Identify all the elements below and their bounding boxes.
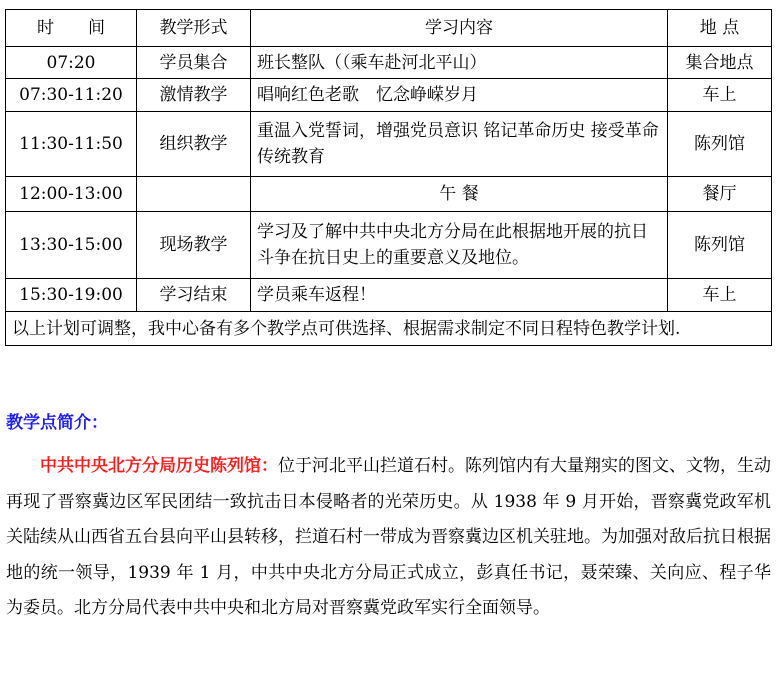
intro-body: 位于河北平山拦道石村。陈列馆内有大量翔实的图文、文物，生动再现了晋察冀边区军民团…: [6, 456, 771, 618]
cell-place: 车上: [668, 279, 772, 312]
cell-form: 学员集合: [137, 47, 251, 79]
cell-place: 陈列馆: [668, 212, 772, 279]
cell-form: 现场教学: [137, 212, 251, 279]
cell-form: 学习结束: [137, 279, 251, 312]
cell-form: 激情教学: [137, 79, 251, 112]
schedule-table: 时 间 教学形式 学习内容 地 点 07:20 学员集合 班长整队（（乘车赴河北…: [5, 9, 772, 346]
cell-place: 车上: [668, 79, 772, 112]
intro-paragraph: 中共中央北方分局历史陈列馆：位于河北平山拦道石村。陈列馆内有大量翔实的图文、文物…: [6, 449, 771, 627]
cell-time: 15:30-19:00: [6, 279, 137, 312]
cell-time: 12:00-13:00: [6, 177, 137, 212]
cell-place: 集合地点: [668, 47, 772, 79]
table-row: 07:30-11:20 激情教学 唱响红色老歌 忆念峥嵘岁月 车上: [6, 79, 772, 112]
cell-time: 13:30-15:00: [6, 212, 137, 279]
cell-place: 餐厅: [668, 177, 772, 212]
header-form: 教学形式: [137, 10, 251, 47]
cell-place: 陈列馆: [668, 112, 772, 177]
cell-time: 07:20: [6, 47, 137, 79]
cell-time: 11:30-11:50: [6, 112, 137, 177]
table-note-row: 以上计划可调整，我中心备有多个教学点可供选择、根据需求制定不同日程特色教学计划.: [6, 312, 772, 346]
intro-section: 教学点简介： 中共中央北方分局历史陈列馆：位于河北平山拦道石村。陈列馆内有大量翔…: [6, 405, 771, 627]
site-name: 中共中央北方分局历史陈列馆：: [40, 456, 278, 476]
intro-title: 教学点简介：: [6, 405, 771, 441]
table-row: 15:30-19:00 学习结束 学员乘车返程！ 车上: [6, 279, 772, 312]
header-place: 地 点: [668, 10, 772, 47]
cell-content: 学习及了解中共中央北方分局在此根据地开展的抗日斗争在抗日史上的重要意义及地位。: [251, 212, 668, 279]
cell-content: 学员乘车返程！: [251, 279, 668, 312]
cell-form: 组织教学: [137, 112, 251, 177]
cell-content: 午 餐: [251, 177, 668, 212]
table-header-row: 时 间 教学形式 学习内容 地 点: [6, 10, 772, 47]
table-row: 07:20 学员集合 班长整队（（乘车赴河北平山） 集合地点: [6, 47, 772, 79]
cell-content: 重温入党誓词，增强党员意识 铭记革命历史 接受革命传统教育: [251, 112, 668, 177]
header-time: 时 间: [6, 10, 137, 47]
table-row: 11:30-11:50 组织教学 重温入党誓词，增强党员意识 铭记革命历史 接受…: [6, 112, 772, 177]
header-content: 学习内容: [251, 10, 668, 47]
cell-content: 唱响红色老歌 忆念峥嵘岁月: [251, 79, 668, 112]
cell-content: 班长整队（（乘车赴河北平山）: [251, 47, 668, 79]
schedule-note: 以上计划可调整，我中心备有多个教学点可供选择、根据需求制定不同日程特色教学计划.: [6, 312, 772, 346]
cell-form: [137, 177, 251, 212]
cell-time: 07:30-11:20: [6, 79, 137, 112]
table-row: 13:30-15:00 现场教学 学习及了解中共中央北方分局在此根据地开展的抗日…: [6, 212, 772, 279]
table-row: 12:00-13:00 午 餐 餐厅: [6, 177, 772, 212]
